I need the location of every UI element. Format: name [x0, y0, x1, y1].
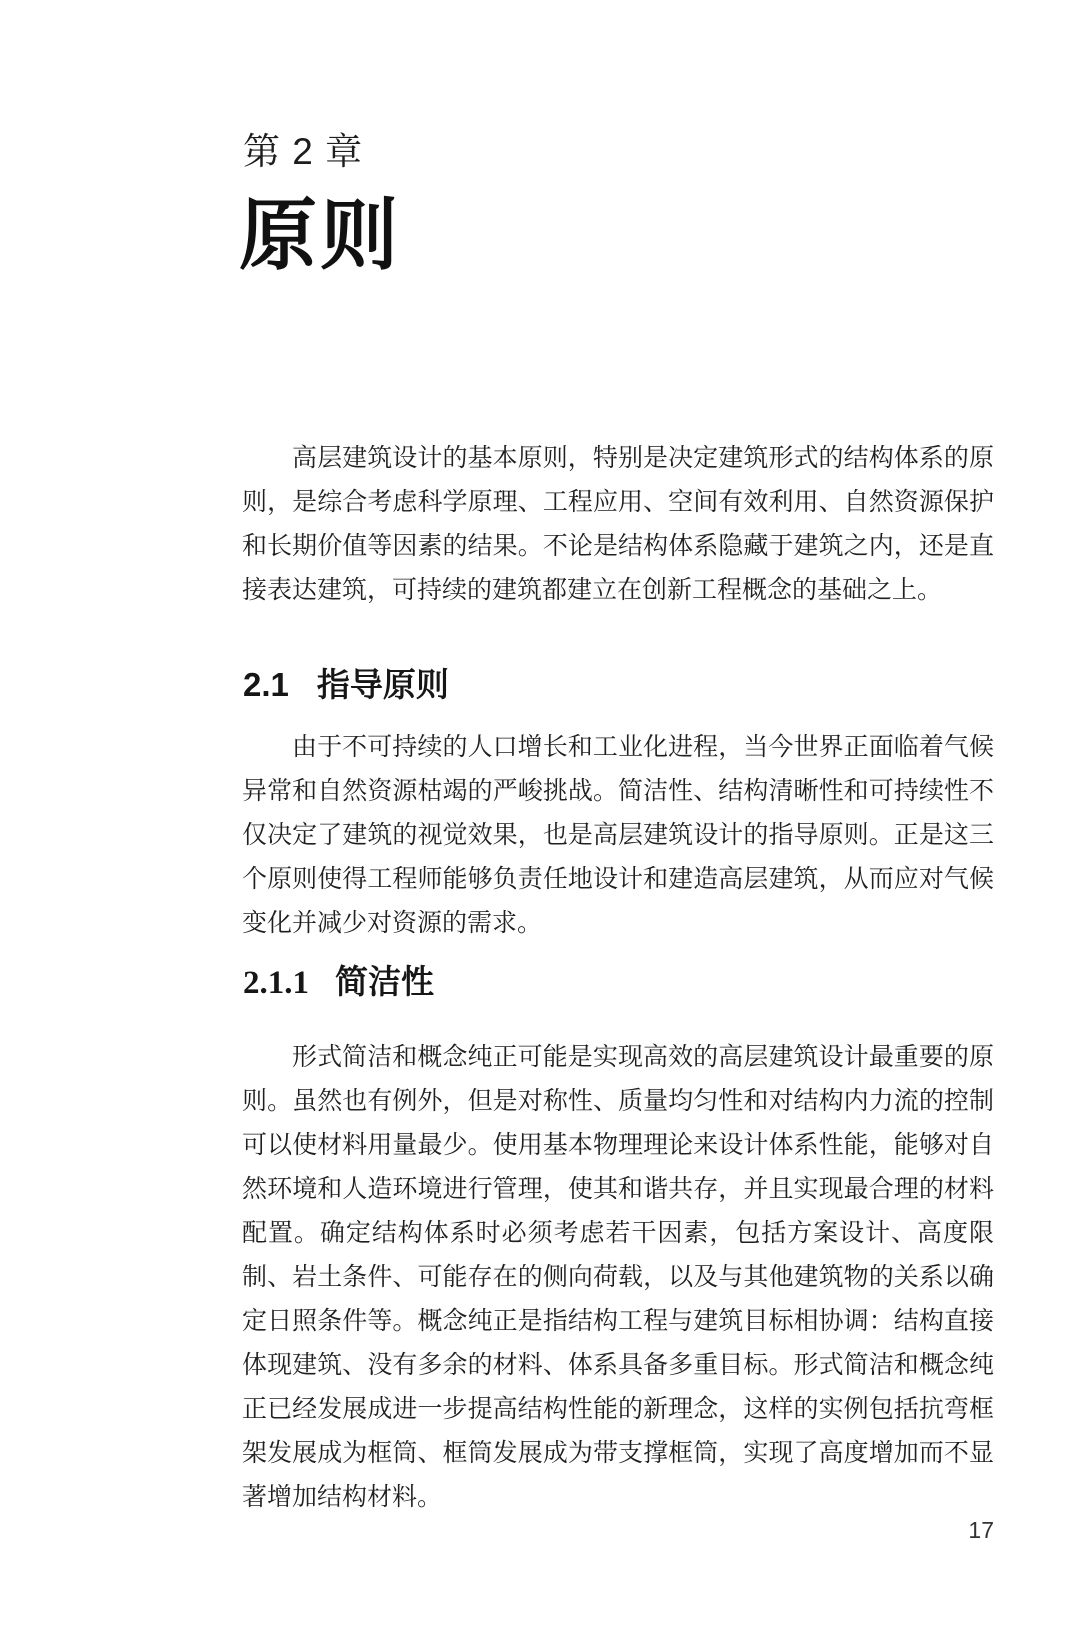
book-page: 第 2 章 原则 高层建筑设计的基本原则，特别是决定建筑形式的结构体系的原则，是… — [0, 0, 1080, 1637]
intro-paragraph: 高层建筑设计的基本原则，特别是决定建筑形式的结构体系的原则，是综合考虑科学原理、… — [242, 436, 994, 612]
section-2-1-heading: 2.1 指导原则 — [243, 666, 449, 704]
chapter-title: 原则 — [239, 194, 401, 276]
section-2-1-1-title: 简洁性 — [335, 963, 434, 1003]
page-number: 17 — [242, 1516, 994, 1544]
section-2-1-paragraph: 由于不可持续的人口增长和工业化进程，当今世界正面临着气候异常和自然资源枯竭的严峻… — [242, 725, 994, 945]
chapter-label: 第 2 章 — [243, 131, 363, 173]
section-2-1-1-number: 2.1.1 — [243, 963, 309, 1003]
section-2-1-number: 2.1 — [243, 666, 289, 704]
section-2-1-1-heading: 2.1.1 简洁性 — [243, 963, 434, 1003]
section-2-1-title: 指导原则 — [317, 666, 449, 704]
section-2-1-1-paragraph: 形式简洁和概念纯正可能是实现高效的高层建筑设计最重要的原则。虽然也有例外，但是对… — [242, 1035, 994, 1519]
